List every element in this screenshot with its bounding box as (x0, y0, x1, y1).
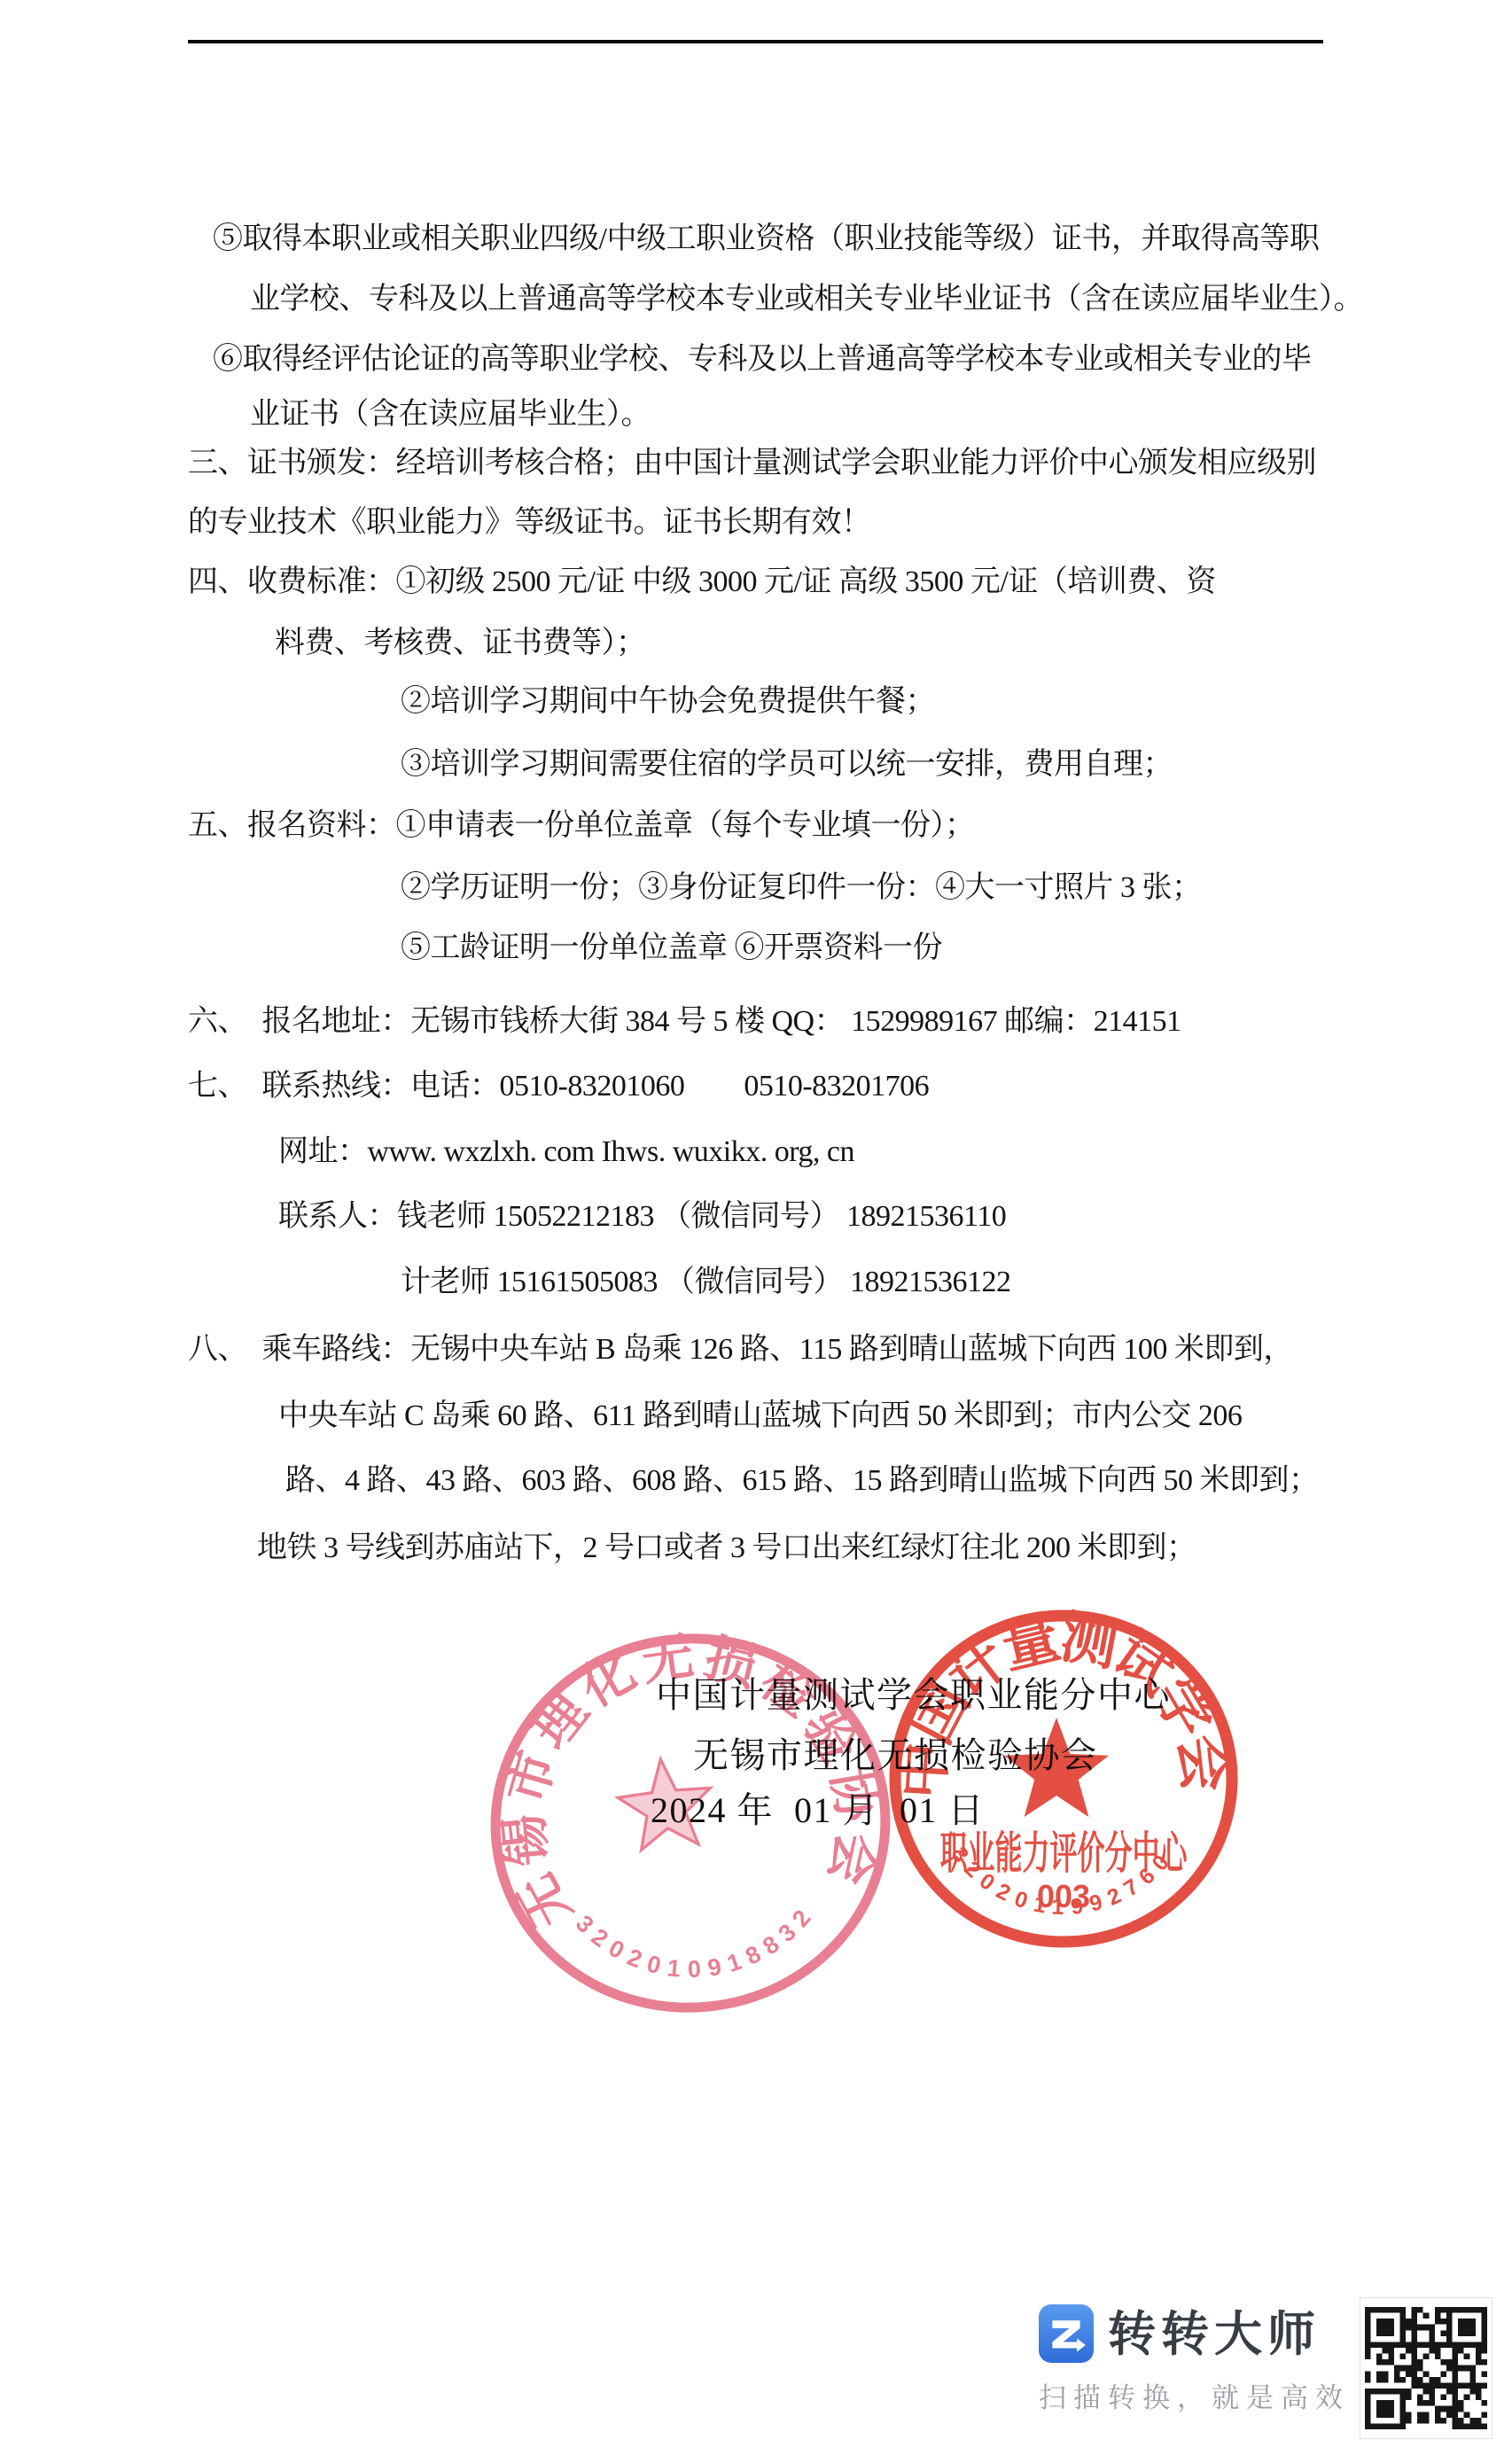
doc-line: 六、 报名地址：无锡市钱桥大街 384 号 5 楼 QQ： 1529989167… (188, 1004, 1181, 1040)
qr-code-pattern (1365, 2307, 1487, 2429)
doc-line: 料费、考核费、证书费等）； (275, 626, 646, 661)
signature-date: 2024 年 01 月 01 日 (651, 1790, 985, 1831)
doc-line: ③培训学习期间需要住宿的学员可以统一安排，费用自理； (401, 747, 1173, 783)
seal-right-ring (895, 1616, 1232, 1942)
scanned-document-page: ⑤取得本职业或相关职业四级/中级工职业资格（职业技能等级）证书，并取得高等职 业… (0, 0, 1512, 2455)
qr-code (1360, 2297, 1493, 2439)
doc-line: 三、证书颁发：经培训考核合格；由中国计量测试学会职业能力评价中心颁发相应级别 (188, 446, 1316, 481)
doc-line: ②培训学习期间中午协会免费提供午餐； (401, 684, 935, 720)
doc-line: 网址：www. wxzlxh. com Ihws. wuxikx. org, c… (278, 1134, 854, 1170)
svg-text:3202011992760: 3202011992760 (947, 1843, 1178, 1920)
doc-line: 七、 联系热线：电话：0510-83201060 0510-83201706 (188, 1069, 929, 1104)
doc-line: ⑤取得本职业或相关职业四级/中级工职业资格（职业技能等级）证书，并取得高等职 (213, 222, 1319, 257)
doc-line: 八、 乘车路线：无锡中央车站 B 岛乘 126 路、115 路到晴山蓝城下向西 … (188, 1332, 1293, 1368)
seal-right-number: 003 (1037, 1878, 1090, 1914)
svg-text:3202010918832: 3202010918832 (569, 1886, 825, 1996)
signature-org-line-1: 中国计量测试学会职业能分中心 (656, 1675, 1171, 1716)
watermark-brand-name: 转转大师 (1108, 2306, 1321, 2363)
doc-line: 五、报名资料：①申请表一份单位盖章（每个专业填一份）； (188, 808, 975, 844)
doc-line: 联系人：钱老师 15052212183 （微信同号） 18921536110 (278, 1199, 1006, 1235)
top-rule (188, 40, 1323, 43)
seal-right-center-text: 职业能力评价分中心 (940, 1828, 1189, 1877)
zhuanzhuan-logo-icon (1039, 2304, 1094, 2363)
doc-line: 四、收费标准：①初级 2500 元/证 中级 3000 元/证 高级 3500 … (188, 565, 1216, 600)
seal-right-serial: 3202011992760 (947, 1843, 1178, 1920)
doc-line: ②学历证明一份；③身份证复印件一份：④大一寸照片 3 张； (401, 870, 1202, 906)
doc-line: 业证书（含在读应届毕业生）。 (250, 397, 651, 433)
doc-line: 的专业技术《职业能力》等级证书。证书长期有效！ (188, 505, 871, 541)
doc-line: 地铁 3 号线到苏庙站下，2 号口或者 3 号口出来红绿灯往北 200 米即到； (257, 1531, 1196, 1566)
signature-org-line-2: 无锡市理化无损检验协会 (693, 1735, 1098, 1776)
doc-line: 业学校、专科及以上普通高等学校本专业或相关专业毕业证书（含在读应届毕业生）。 (250, 282, 1363, 317)
doc-line: 中央车站 C 岛乘 60 路、611 路到晴山蓝城下向西 50 米即到；市内公交… (278, 1399, 1242, 1434)
doc-line: 计老师 15161505083 （微信同号） 18921536122 (401, 1265, 1011, 1300)
doc-line: ⑥取得经评估论证的高等职业学校、专科及以上普通高等学校本专业或相关专业的毕 (213, 342, 1312, 378)
doc-line: 路、4 路、43 路、603 路、608 路、615 路、15 路到晴山监城下向… (285, 1463, 1319, 1499)
z-arrow-icon (1043, 2311, 1089, 2357)
doc-line: ⑤工龄证明一份单位盖章 ⑥开票资料一份 (401, 931, 942, 966)
watermark-tagline: 扫描转换，就是高效 (1039, 2381, 1350, 2416)
seal-left-serial: 3202010918832 (569, 1886, 825, 1996)
